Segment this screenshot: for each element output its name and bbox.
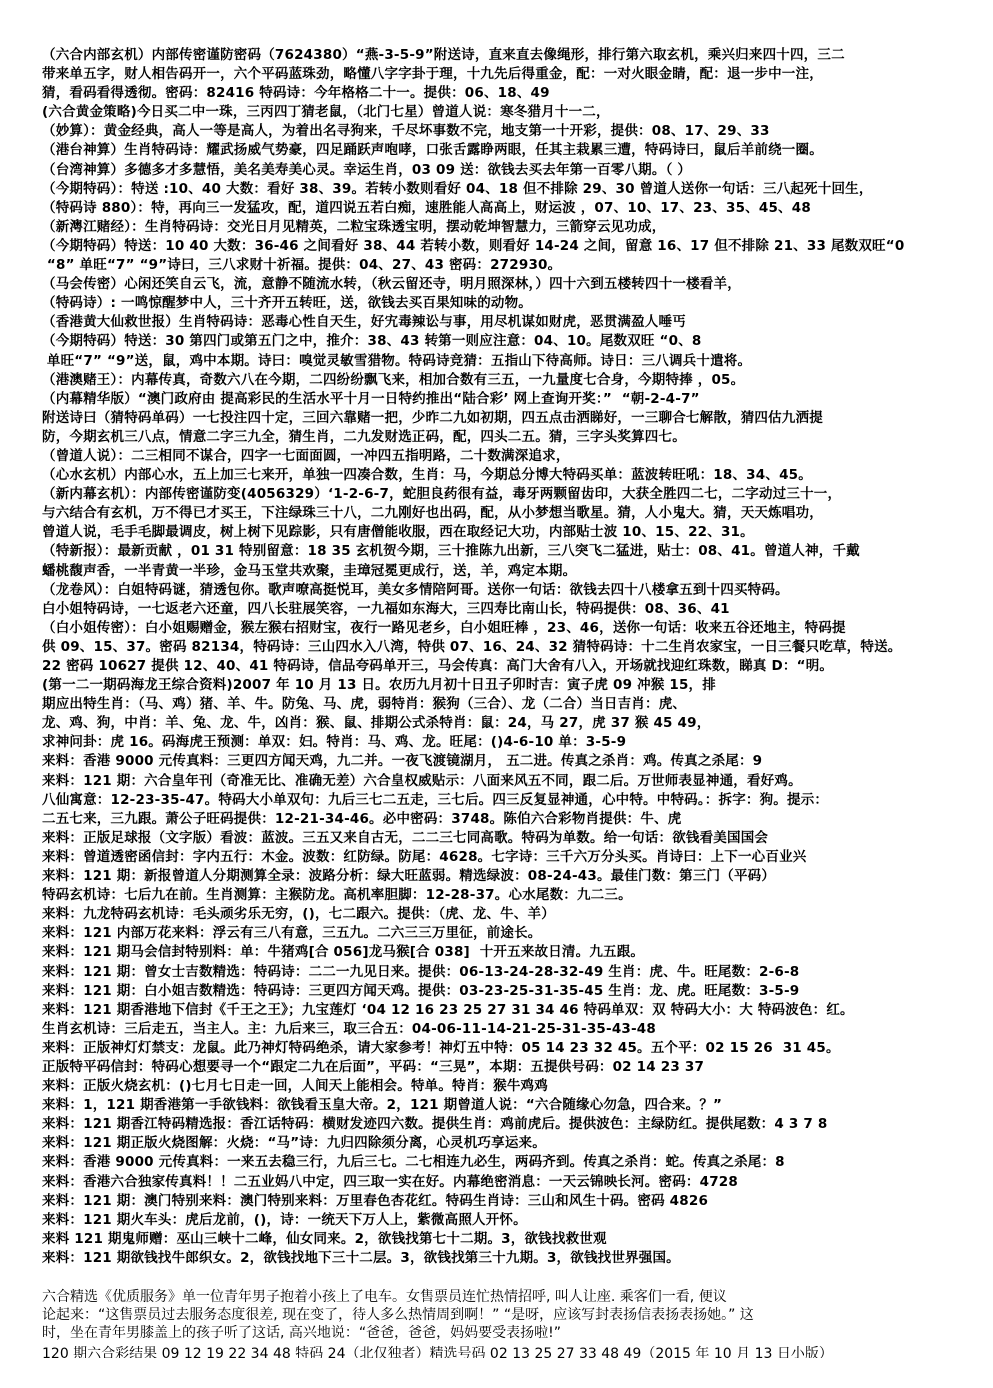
text-line: （龙卷风）：白姐特码谜，猜透包你。歌声嘹高挺悦耳，美女多情陪阿哥。送你一句话：欲… [42, 581, 972, 600]
text-line: 白小姐特码诗，一七返老六还童，四八长驻展笑容，一九福如东海大，三四寿比南山长，特… [42, 600, 972, 619]
text-line: 龙、鸡、狗，中肖：羊、兔、龙、牛，凶肖：猴、鼠、排期公式杀特肖：鼠：24，马 2… [42, 714, 972, 733]
text-line: 来料：香港 9000 元传真料：三更四方闻天鸡，九二并。一夜飞渡镜湖月， 五二进… [42, 752, 972, 771]
text-line: （妙算）：黄金经典，高人一等是高人，为着出名寻狗来，千尽坏事数不完，地支第一十开… [42, 122, 972, 141]
joke-story-section: 六合精选《优质服务》单一位青年男子抱着小孩上了电车。女售票员连忙热情招呼, 叫人… [42, 1288, 972, 1342]
text-line: 与六结合有玄机，万不得已才买王，下注绿珠三十八，二九刚好也出码，配，从小梦想当歌… [42, 504, 972, 523]
text-line: 来料：121 内部万花来料：浮云有三八有意，三五九。二六三三万里征，前途长。 [42, 924, 972, 943]
text-line: 八仙寓意：12-23-35-47。特码大小单双句：九后三七二五走，三七后。四三反… [42, 791, 972, 810]
text-line: 论起来：“这售票员过去服务态度很差, 现在变了，待人多么热情周到啊！” “是呀，… [42, 1306, 972, 1324]
text-line: （今期特码）：特送 :10、40 大数：看好 38、39。若转小数则看好 04、… [42, 180, 972, 199]
text-line: 二五七来，三九跟。萧公子旺码提供：12-21-34-46。必中密码：3748。陈… [42, 810, 972, 829]
lottery-result-line: 120 期六合彩结果 09 12 19 22 34 48 特码 24（北仅独者）… [42, 1345, 972, 1358]
text-line: （新内幕玄机）：内部传密谨防变(4056329）‘1-2-6-7，蛇胆良药很有益… [42, 485, 972, 504]
text-line: 带来单五字，财人相告码开一，六个平码蓝珠劲，略懂八字字卦于理，十九先后得重金，配… [42, 65, 972, 84]
text-line: 来料：121 期：澳门特别来料：澳门特别来料：万里春色杏花红。特码生肖诗：三山和… [42, 1192, 972, 1211]
text-line: （马会传密）心闲还笑自云飞，流，意静不随流水转，（秋云留还寺，明月照深林，）四十… [42, 275, 972, 294]
text-line: 来料：香港六合独家传真料！！二五业妈八中定，四三取一实在好。内幕绝密消息：一天云… [42, 1173, 972, 1192]
text-line: 来料：121 期火车头：虎后龙前，()，诗：一统天下万人上，紫微高照人开怀。 [42, 1211, 972, 1230]
text-line: 来料：正版火烧玄机：()七月七日走一回，人间天上能相会。特单。特肖：猴牛鸡鸡 [42, 1077, 972, 1096]
clipped-result-line-wrap: 120 期六合彩结果 09 12 19 22 34 48 特码 24（北仅独者）… [42, 1345, 972, 1358]
text-line: 来料：121 期香港地下信封《千王之王》；九宝莲灯 ‘04 12 16 23 2… [42, 1001, 972, 1020]
text-line: 来料：正版足球报（文字版）看波：蓝波。三五又来自古无，二二三七同高歌。特码为单数… [42, 829, 972, 848]
document-body: （六合内部玄机）内部传密谨防密码（7624380）“燕-3-5-9”附送诗，直来… [42, 46, 972, 1268]
text-line: 来料：121 期：曾女士吉数精选：特码诗：二二一九见日来。提供：06-13-24… [42, 963, 972, 982]
lottery-tipsheet-document: （六合内部玄机）内部传密谨防密码（7624380）“燕-3-5-9”附送诗，直来… [0, 0, 993, 1388]
text-line: 正版特平码信封：特码心想要寻一个“跟定二九在后面”，平码：“三晃”，本期：五提供… [42, 1058, 972, 1077]
text-line: 来料：121 期正版火烧图解：火烧：“马”诗：九归四除须分离，心灵机巧享运来。 [42, 1134, 972, 1153]
text-line: （特码诗 880）：特，再向三一发猛攻，配，道四说五若白痴，速胜能人高高上，财运… [42, 199, 972, 218]
text-line: 来料：曾道透密函信封：字内五行：木金。波数：红防绿。防尾：4628。七字诗：三千… [42, 848, 972, 867]
text-line: 来料：121 期欲钱找牛郎织女。2，欲钱找地下三十二层。3，欲钱找第三十九期。3… [42, 1249, 972, 1268]
text-line: (第一二一期码海龙王综合资料)2007 年 10 月 13 日。农历九月初十日丑… [42, 676, 972, 695]
text-line: 来料：1，121 期香港第一手欲钱料：欲钱看玉皇大帝。2，121 期曾道人说：“… [42, 1096, 972, 1115]
text-line: 来料 121 期鬼师赠：巫山三峡十二峰，仙女同来。2，欲钱找第七十二期。3，欲钱… [42, 1230, 972, 1249]
text-line: （白小姐传密）：白小姐赐赠金，猴左猴右招财宝，夜行一路见老乡，白小姐旺棒 ，23… [42, 619, 972, 638]
text-line: 来料：121 期香江特码精选报：香江话特码：横财发迹四六数。提供生肖：鸡前虎后。… [42, 1115, 972, 1134]
text-line: （台湾神算）多德多才多慧悟，美名美寿美心灵。幸运生肖，03 09 送：欲钱去买去… [42, 161, 972, 180]
text-line: 来料：121 期马会信封特别料：单：牛猪鸡[合 056]龙马猴[合 038] 十… [42, 943, 972, 962]
text-line: 来料：香港 9000 元传真料：一来五去稳三行，九后三七。二七相连九必生，两码齐… [42, 1153, 972, 1172]
text-line: （港台神算）生肖特码诗：耀武扬威气势豪，四足踊跃声咆哮，口张舌露睁两眼，任其主栽… [42, 141, 972, 160]
text-line: 特码玄机诗：七后九在前。生肖测算：主猴防龙。高机率胆脚：12-28-37。心水尾… [42, 886, 972, 905]
text-line: （香港黄大仙救世报）生肖特码诗：恶毒心性自天生，好宄毒辣讼与事，用尽机谋如财虎，… [42, 313, 972, 332]
text-line: 来料：121 期：白小姐吉数精选：特码诗：三更四方闻天鸡。提供：03-23-25… [42, 982, 972, 1001]
text-line: 时，坐在青年男膝盖上的孩子听了这话, 高兴地说：“爸爸，爸爸，妈妈要受表扬啦!” [42, 1324, 972, 1342]
text-line: 22 密码 10627 提供 12、40、41 特码诗，信品夸码单开三，马会传真… [42, 657, 972, 676]
text-line: （新澚江赌经）：生肖特码诗：交光日月见精英，二粒宝珠透宝明，摆动乾坤智慧力，三箭… [42, 218, 972, 237]
text-line: （特新报）：最新贡献 ，01 31 特别留意：18 35 玄机贺今期，三十推陈九… [42, 542, 972, 561]
text-line: 单旺“7” “9”送，鼠，鸡中本期。诗曰：嗅觉灵敏雪猎物。特码诗竞猜：五指山下待… [42, 352, 972, 371]
text-line: (六合黄金策略)今日买二中一珠，三丙四丁猜老鼠，（北门七星）曾道人说：寒冬猎月十… [42, 103, 972, 122]
text-line: “8” 单旺“7” “9”诗曰，三八求财十祈福。提供：04、27、43 密码：2… [42, 256, 972, 275]
text-line: （今期特码）特送：10 40 大数：36-46 之间看好 38、44 若转小数，… [42, 237, 972, 256]
text-line: 来料：121 期：六合皇年刊（奇准无比、准确无差）六合皇权威贴示：八面来风五不同… [42, 772, 972, 791]
text-line: 猜，看码看得透彻。密码：82416 特码诗：今年格格二十一。提供：06、18、4… [42, 84, 972, 103]
text-line: 蟠桃馥声香，一半青黄一半珍，金马玉堂共欢聚，圭璋冠冕更成行，送，羊，鸡定本期。 [42, 562, 972, 581]
text-line: （港澳赌王）：内幕传真，奇数六八在今期，二四纷纷飘飞来，相加合数有三五，一九量度… [42, 371, 972, 390]
text-line: 曾道人说，毛手毛脚最调皮，树上树下见踪影，只有唐僧能收服，西在取经记大功，内部贴… [42, 523, 972, 542]
text-line: （曾道人说）：二三相同不谋合，四字一七面面圆，一冲四五指明路，二十数满深追求， [42, 447, 972, 466]
text-line: 求神问卦：虎 16。码海虎王预测：单双：妇。特肖：马、鸡、龙。旺尾：()4-6-… [42, 733, 972, 752]
text-line: （心水玄机）内部心水，五上加三七来开，单独一四凑合数，生肖：马，今期总分博大特码… [42, 466, 972, 485]
text-line: 防，今期玄机三八点，情意二字三九全，猜生肖，二九发财选正码，配，四头二五。猜，三… [42, 428, 972, 447]
text-line: 供 09、15、37。密码 82134，特码诗：三山四水入八湾，特供 07、16… [42, 638, 972, 657]
text-line: 期应出特生肖：（马、鸡）猪、羊、牛。防兔、马、虎，弱特肖：猴狗（三合）、龙（二合… [42, 695, 972, 714]
text-line: 来料：121 期：新报曾道人分期测算全录：波路分析：绿大旺蓝弱。精选绿波：08-… [42, 867, 972, 886]
text-line: 来料：九龙特码玄机诗：毛头顽劣乐无穷，()，七二跟六。提供：（虎、龙、牛、羊） [42, 905, 972, 924]
text-line: 六合精选《优质服务》单一位青年男子抱着小孩上了电车。女售票员连忙热情招呼, 叫人… [42, 1288, 972, 1306]
text-line: （今期特码）特送：30 第四门或第五门之中，推介：38、43 转第一则应注意：0… [42, 332, 972, 351]
text-line: （六合内部玄机）内部传密谨防密码（7624380）“燕-3-5-9”附送诗，直来… [42, 46, 972, 65]
text-line: 生肖玄机诗：三后走五，当主人。主：九后来三，取三合五：04-06-11-14-2… [42, 1020, 972, 1039]
text-line: 附送诗曰（猜特码单码）一七投注四十定，三回六靠赌一把，少昨二九如初期，四五点击洒… [42, 409, 972, 428]
text-line: 来料：正版神灯灯禁支：龙鼠。此乃神灯特码绝杀，请大家参考！神灯五中特：05 14… [42, 1039, 972, 1058]
text-line: （特码诗）: 一鸣惊醒梦中人，三十齐开五转旺，送，欲钱去买百果知味的动物。 [42, 294, 972, 313]
text-line: （内幕精华版）“澳门政府由 提高彩民的生活水平十月一日特约推出“陆合彩’ 网上查… [42, 390, 972, 409]
